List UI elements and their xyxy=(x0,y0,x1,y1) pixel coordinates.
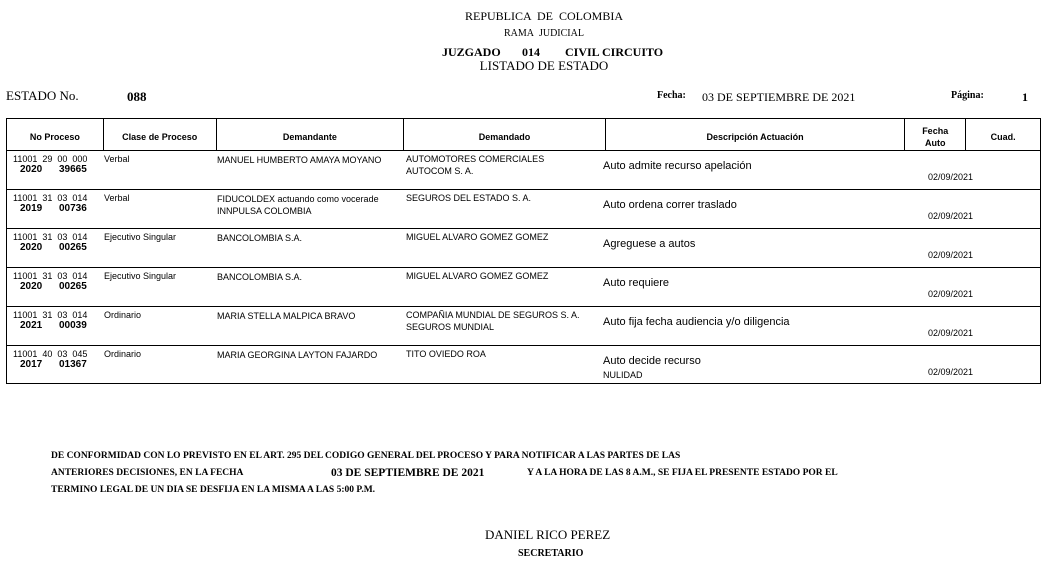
proceso-year: 2020 xyxy=(20,164,42,176)
signer-name: DANIEL RICO PEREZ xyxy=(485,527,610,543)
demandante: FIDUCOLDEX actuando como vocerade INNPUL… xyxy=(217,193,397,217)
demandante: MARIA STELLA MALPICA BRAVO xyxy=(217,310,397,322)
footer-line-2b: Y A LA HORA DE LAS 8 A.M., SE FIJA EL PR… xyxy=(527,468,838,478)
proceso-year: 2017 xyxy=(20,359,42,371)
clase-proceso: Verbal xyxy=(104,153,130,165)
demandante: BANCOLOMBIA S.A. xyxy=(217,271,397,283)
demandado: COMPAÑIA MUNDIAL DE SEGUROS S. A. SEGURO… xyxy=(406,309,586,333)
col-header-demandado: Demandado xyxy=(404,119,606,150)
proceso-number: 00736 xyxy=(59,203,87,215)
footer-line-3: TERMINO LEGAL DE UN DIA SE DESFIJA EN LA… xyxy=(51,485,375,495)
proceso-number: 39665 xyxy=(59,164,87,176)
proceso-year: 2020 xyxy=(20,281,42,293)
clase-proceso: Ejecutivo Singular xyxy=(104,231,176,243)
col-header-descripcion: Descripción Actuación xyxy=(606,119,905,150)
estado-table: No Proceso Clase de Proceso Demandante D… xyxy=(6,118,1041,384)
table-row: 11001 31 03 014202000265Ejecutivo Singul… xyxy=(7,268,1040,307)
footer-line-2a: ANTERIORES DECISIONES, EN LA FECHA xyxy=(51,468,243,478)
pagina-value: 1 xyxy=(1022,90,1028,105)
clase-proceso: Ejecutivo Singular xyxy=(104,270,176,282)
col-header-no-proceso: No Proceso xyxy=(7,119,104,150)
table-header: No Proceso Clase de Proceso Demandante D… xyxy=(7,119,1040,151)
estado-number: 088 xyxy=(127,89,147,105)
table-row: 11001 31 03 014202000265Ejecutivo Singul… xyxy=(7,229,1040,268)
fecha-auto: 02/09/2021 xyxy=(928,249,973,261)
footer-date: 03 DE SEPTIEMBRE DE 2021 xyxy=(331,467,484,479)
proceso-number: 00265 xyxy=(59,242,87,254)
fecha-auto: 02/09/2021 xyxy=(928,210,973,222)
estado-label: ESTADO No. xyxy=(6,88,79,104)
proceso-year: 2020 xyxy=(20,242,42,254)
col-header-demandante: Demandante xyxy=(217,119,405,150)
col-header-cuad: Cuad. xyxy=(966,119,1040,150)
header-rama-judicial: RAMA JUDICIAL xyxy=(0,28,1051,39)
demandante: MARIA GEORGINA LAYTON FAJARDO xyxy=(217,349,397,361)
demandado: MIGUEL ALVARO GOMEZ GOMEZ xyxy=(406,231,586,243)
fecha-auto: 02/09/2021 xyxy=(928,327,973,339)
descripcion-actuacion: Auto ordena correr traslado xyxy=(603,198,737,212)
proceso-number: 00039 xyxy=(59,320,87,332)
clase-proceso: Ordinario xyxy=(104,309,141,321)
descripcion-actuacion: Auto requiere xyxy=(603,276,669,290)
table-row: 11001 29 00 000202039665VerbalMANUEL HUM… xyxy=(7,151,1040,190)
table-row: 11001 31 03 014201900736VerbalFIDUCOLDEX… xyxy=(7,190,1040,229)
page-title: LISTADO DE ESTADO xyxy=(0,58,1051,74)
footer-line-1: DE CONFORMIDAD CON LO PREVISTO EN EL ART… xyxy=(51,451,680,461)
fecha-auto: 02/09/2021 xyxy=(928,366,973,378)
col-header-clase: Clase de Proceso xyxy=(104,119,217,150)
signer-title: SECRETARIO xyxy=(518,548,583,559)
fecha-value: 03 DE SEPTIEMBRE DE 2021 xyxy=(702,90,855,105)
descripcion-actuacion: Agreguese a autos xyxy=(603,237,695,251)
demandado: TITO OVIEDO ROA xyxy=(406,348,586,360)
clase-proceso: Verbal xyxy=(104,192,130,204)
descripcion-extra: NULIDAD xyxy=(603,369,643,381)
demandado: MIGUEL ALVARO GOMEZ GOMEZ xyxy=(406,270,586,282)
proceso-year: 2019 xyxy=(20,203,42,215)
descripcion-actuacion: Auto admite recurso apelación xyxy=(603,159,752,173)
demandante: MANUEL HUMBERTO AMAYA MOYANO xyxy=(217,154,397,166)
table-body: 11001 29 00 000202039665VerbalMANUEL HUM… xyxy=(7,151,1040,383)
proceso-number: 00265 xyxy=(59,281,87,293)
clase-proceso: Ordinario xyxy=(104,348,141,360)
demandado: AUTOMOTORES COMERCIALES AUTOCOM S. A. xyxy=(406,153,586,177)
proceso-year: 2021 xyxy=(20,320,42,332)
table-row: 11001 31 03 014202100039OrdinarioMARIA S… xyxy=(7,307,1040,346)
fecha-auto: 02/09/2021 xyxy=(928,171,973,183)
pagina-label: Página: xyxy=(951,90,984,101)
descripcion-actuacion: Auto fija fecha audiencia y/o diligencia xyxy=(603,315,790,329)
descripcion-actuacion: Auto decide recurso xyxy=(603,354,701,368)
proceso-number: 01367 xyxy=(59,359,87,371)
col-header-fecha-auto: Fecha Auto xyxy=(905,119,966,150)
header-republica: REPUBLICA DE COLOMBIA xyxy=(0,9,1051,24)
demandado: SEGUROS DEL ESTADO S. A. xyxy=(406,192,586,204)
table-row: 11001 40 03 045201701367OrdinarioMARIA G… xyxy=(7,346,1040,383)
fecha-auto: 02/09/2021 xyxy=(928,288,973,300)
demandante: BANCOLOMBIA S.A. xyxy=(217,232,397,244)
fecha-label: Fecha: xyxy=(657,90,686,101)
